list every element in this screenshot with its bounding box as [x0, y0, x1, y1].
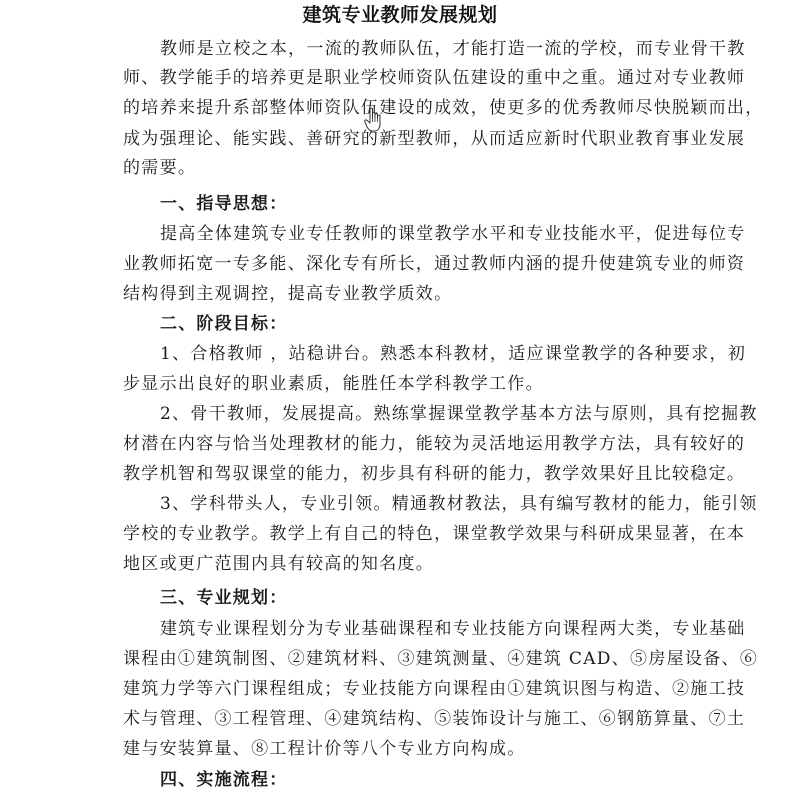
paragraph-line: 业教师拓宽一专多能、深化专有所长，通过教师内涵的提升使建筑专业的师资	[123, 253, 745, 275]
paragraph-line: 术与管理、③工程管理、④建筑结构、⑤装饰设计与施工、⑥钢筋算量、⑦土	[123, 708, 745, 730]
intro-line: 师、教学能手的培养更是职业学校师资队伍建设的重中之重。通过对专业教师	[123, 67, 745, 89]
paragraph-line: 步显示出良好的职业素质，能胜任本学科教学工作。	[123, 373, 544, 395]
paragraph-line: 学校的专业教学。教学上有自己的特色，课堂教学效果与科研成果显著，在本	[123, 523, 745, 545]
paragraph-line: 结构得到主观调控，提高专业教学质效。	[123, 283, 452, 305]
intro-line: 的需要。	[123, 157, 196, 179]
intro-line: 的培养来提升系部整体师资队伍建设的成效，使更多的优秀教师尽快脱颖而出，	[123, 97, 764, 119]
section-heading-major-planning: 三、专业规划：	[160, 587, 287, 609]
hand-pointer-icon	[364, 107, 384, 133]
paragraph-line: 课程由①建筑制图、②建筑材料、③建筑测量、④建筑 CAD、⑤房屋设备、⑥	[123, 648, 758, 670]
section-heading-guiding-ideology: 一、指导思想：	[160, 193, 287, 215]
intro-line: 成为强理论、能实践、善研究的新型教师，从而适应新时代职业教育事业发展	[123, 128, 745, 150]
section-heading-implementation-process: 四、实施流程：	[160, 769, 287, 791]
document-title: 建筑专业教师发展规划	[0, 2, 800, 28]
paragraph-line: 2、骨干教师，发展提高。熟练掌握课堂教学基本方法与原则，具有挖掘教	[160, 403, 758, 425]
paragraph-line: 教学机智和驾驭课堂的能力，初步具有科研的能力，教学效果好且比较稳定。	[123, 463, 745, 485]
section-heading-stage-goals: 二、阶段目标：	[160, 313, 287, 335]
paragraph-line: 材潜在内容与恰当处理教材的能力，能较为灵活地运用教学方法，具有较好的	[123, 433, 745, 455]
paragraph-line: 1、合格教师 ，站稳讲台。熟悉本科教材，适应课堂教学的各种要求，初	[160, 343, 746, 365]
paragraph-line: 提高全体建筑专业专任教师的课堂教学水平和专业技能水平，促进每位专	[160, 223, 746, 245]
paragraph-line: 建筑力学等六门课程组成；专业技能方向课程由①建筑识图与构造、②施工技	[123, 678, 745, 700]
paragraph-line: 建筑专业课程划分为专业基础课程和专业技能方向课程两大类，专业基础	[160, 618, 746, 640]
intro-line: 教师是立校之本，一流的教师队伍，才能打造一流的学校，而专业骨干教	[160, 38, 746, 60]
document-page: 建筑专业教师发展规划 教师是立校之本，一流的教师队伍，才能打造一流的学校，而专业…	[0, 0, 800, 800]
paragraph-line: 3、学科带头人，专业引领。精通教材教法，具有编写教材的能力，能引领	[160, 493, 758, 515]
paragraph-line: 地区或更广范围内具有较高的知名度。	[123, 553, 434, 575]
paragraph-line: 建与安装算量、⑧工程计价等八个专业方向构成。	[123, 738, 526, 760]
